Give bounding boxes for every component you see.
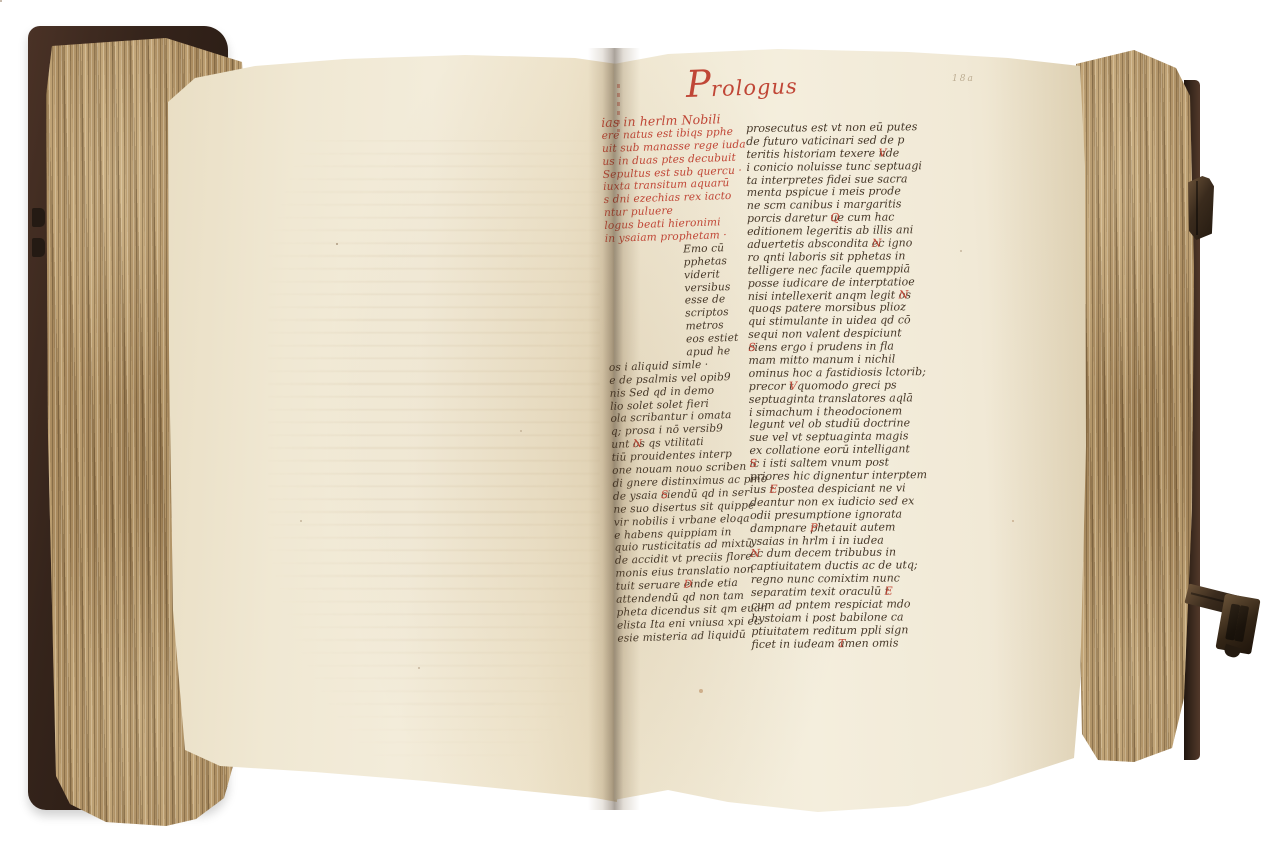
page-heading: Prologus <box>686 72 799 102</box>
fore-edge-right <box>1074 48 1196 770</box>
folio-number: 18a <box>952 74 975 84</box>
text-line: ficet in iudeam Tamen omis <box>751 637 947 652</box>
gutter-shadow <box>588 48 640 810</box>
parchment-specks <box>0 0 2 2</box>
photo-open-manuscript: Prologus 18a ias in herlm Nobiliere natu… <box>0 0 1280 860</box>
text-column-right: prosecutus est vt non eū putesde futuro … <box>746 121 948 652</box>
clasp-remnant-icon <box>32 208 45 227</box>
clasp-top-icon <box>1188 176 1214 240</box>
show-through-text <box>268 140 600 760</box>
clasp-remnant-icon <box>32 238 45 257</box>
